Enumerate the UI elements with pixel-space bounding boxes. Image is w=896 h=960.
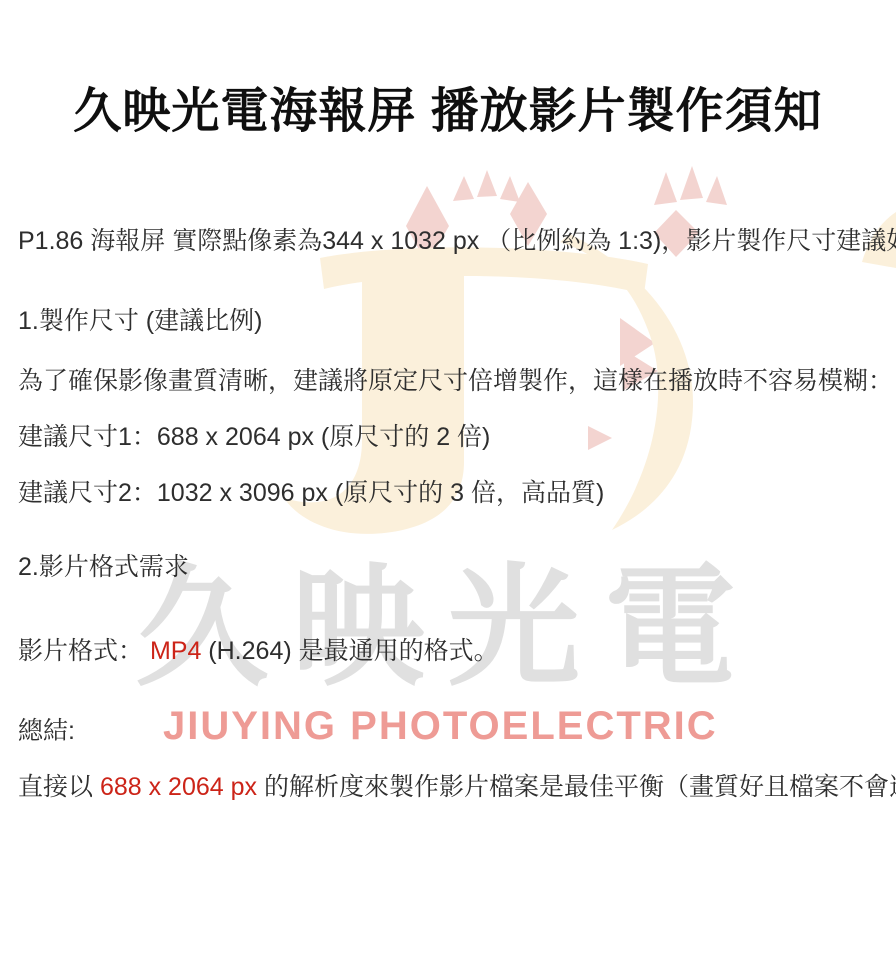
summary-suffix: 的解析度來製作影片檔案是最佳平衡（畫質好且檔案不會過大）。 <box>257 773 896 801</box>
summary-heading: 總結: <box>18 715 75 747</box>
format-value-highlight: MP4 <box>150 637 201 665</box>
section1-heading: 1.製作尺寸 (建議比例) <box>18 305 262 337</box>
section1-size2: 建議尺寸2：1032 x 3096 px (原尺寸的 3 倍，高品質) <box>18 477 604 509</box>
section1-size1: 建議尺寸1：688 x 2064 px (原尺寸的 2 倍) <box>18 421 490 453</box>
logo-flame-shapes <box>406 166 727 450</box>
page-title: 久映光電海報屏 播放影片製作須知 <box>0 82 896 142</box>
intro-text: P1.86 海報屏 實際點像素為344 x 1032 px （比例約為 1:3)… <box>18 227 896 255</box>
watermark-en-text: JIUYING PHOTOELECTRIC <box>163 704 718 748</box>
summary-prefix: 直接以 <box>18 773 100 801</box>
section2-heading: 2.影片格式需求 <box>18 551 189 583</box>
watermark-cjk-text: 久映光電 <box>136 562 760 694</box>
format-label: 影片格式： <box>18 637 150 665</box>
format-rest: (H.264) 是最通用的格式。 <box>201 637 498 665</box>
intro-line: P1.86 海報屏 實際點像素為344 x 1032 px （比例約為 1:3)… <box>18 225 896 257</box>
summary-resolution-highlight: 688 x 2064 px <box>100 773 257 801</box>
section1-description: 為了確保影像畫質清晰，建議將原定尺寸倍增製作，這樣在播放時不容易模糊： <box>18 365 893 397</box>
summary-line: 直接以 688 x 2064 px 的解析度來製作影片檔案是最佳平衡（畫質好且檔… <box>18 771 896 803</box>
format-line: 影片格式： MP4 (H.264) 是最通用的格式。 <box>18 635 499 667</box>
